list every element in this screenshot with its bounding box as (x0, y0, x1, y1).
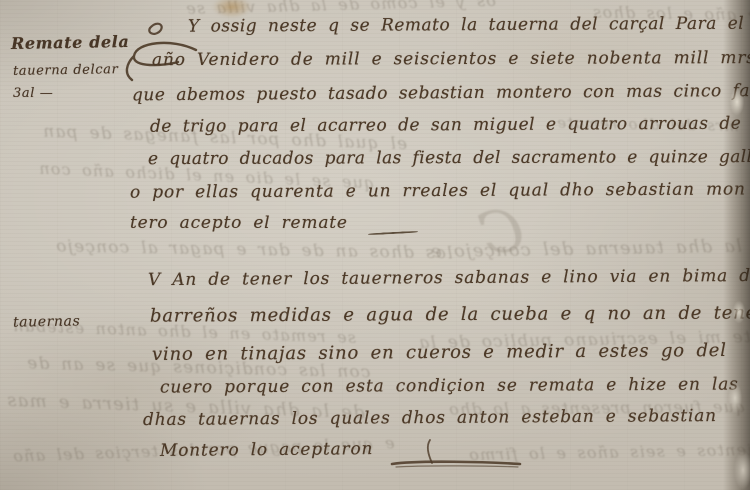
para1-line-7: tero acepto el remate (130, 213, 348, 233)
para2-line-3: vino en tinajas sino en cueros e medir a… (152, 340, 727, 365)
para1-line-6: o por ellas quarenta e un rreales el qua… (130, 179, 746, 202)
para1-line-4: de trigo para el acarreo de san miguel e… (150, 113, 750, 136)
margin-note-remate-line-3: 3al — (13, 86, 53, 101)
para2-end-flourish (388, 438, 528, 470)
para2-line-6: Montero lo aceptaron (160, 439, 373, 461)
para1-end-dash (368, 231, 418, 236)
para1-line-1: Y ossig neste q se Remato la tauerna del… (188, 13, 750, 36)
bleedthrough-line: por la dha tauerna del conçejo e (430, 235, 750, 262)
para2-line-1: V An de tener los tauerneros sabanas e l… (148, 266, 750, 290)
para2-line-5: dhas tauernas los quales dhos anton este… (143, 406, 717, 430)
margin-note-remate-line-2: tauerna delcar (13, 62, 119, 79)
para1-line-2: año Venidero de mill e seiscientos e sie… (152, 48, 750, 70)
margin-note-tauernas: tauernas (13, 313, 81, 330)
para1-line-3: que abemos puesto tasado sebastian monte… (132, 81, 750, 106)
page-right-edge (723, 0, 750, 490)
para2-line-2: barreños medidas e agua de la cueba e q … (150, 302, 750, 326)
para1-line-5: e quatro ducados para las fiesta del sac… (148, 147, 750, 169)
para2-line-4: cuero porque con esta condiçion se remat… (160, 374, 739, 397)
bleedthrough-line: los dhos an de dar e pagar al conçejo (55, 237, 453, 264)
margin-note-remate-line-1: Remate dela (11, 32, 130, 53)
bleedthrough-flourish: C (473, 195, 528, 269)
manuscript-page: os y el como de la dha villa se se año e… (0, 0, 750, 490)
bleedthrough-line: de seisçientos e seis años e lo firmo (468, 439, 750, 464)
